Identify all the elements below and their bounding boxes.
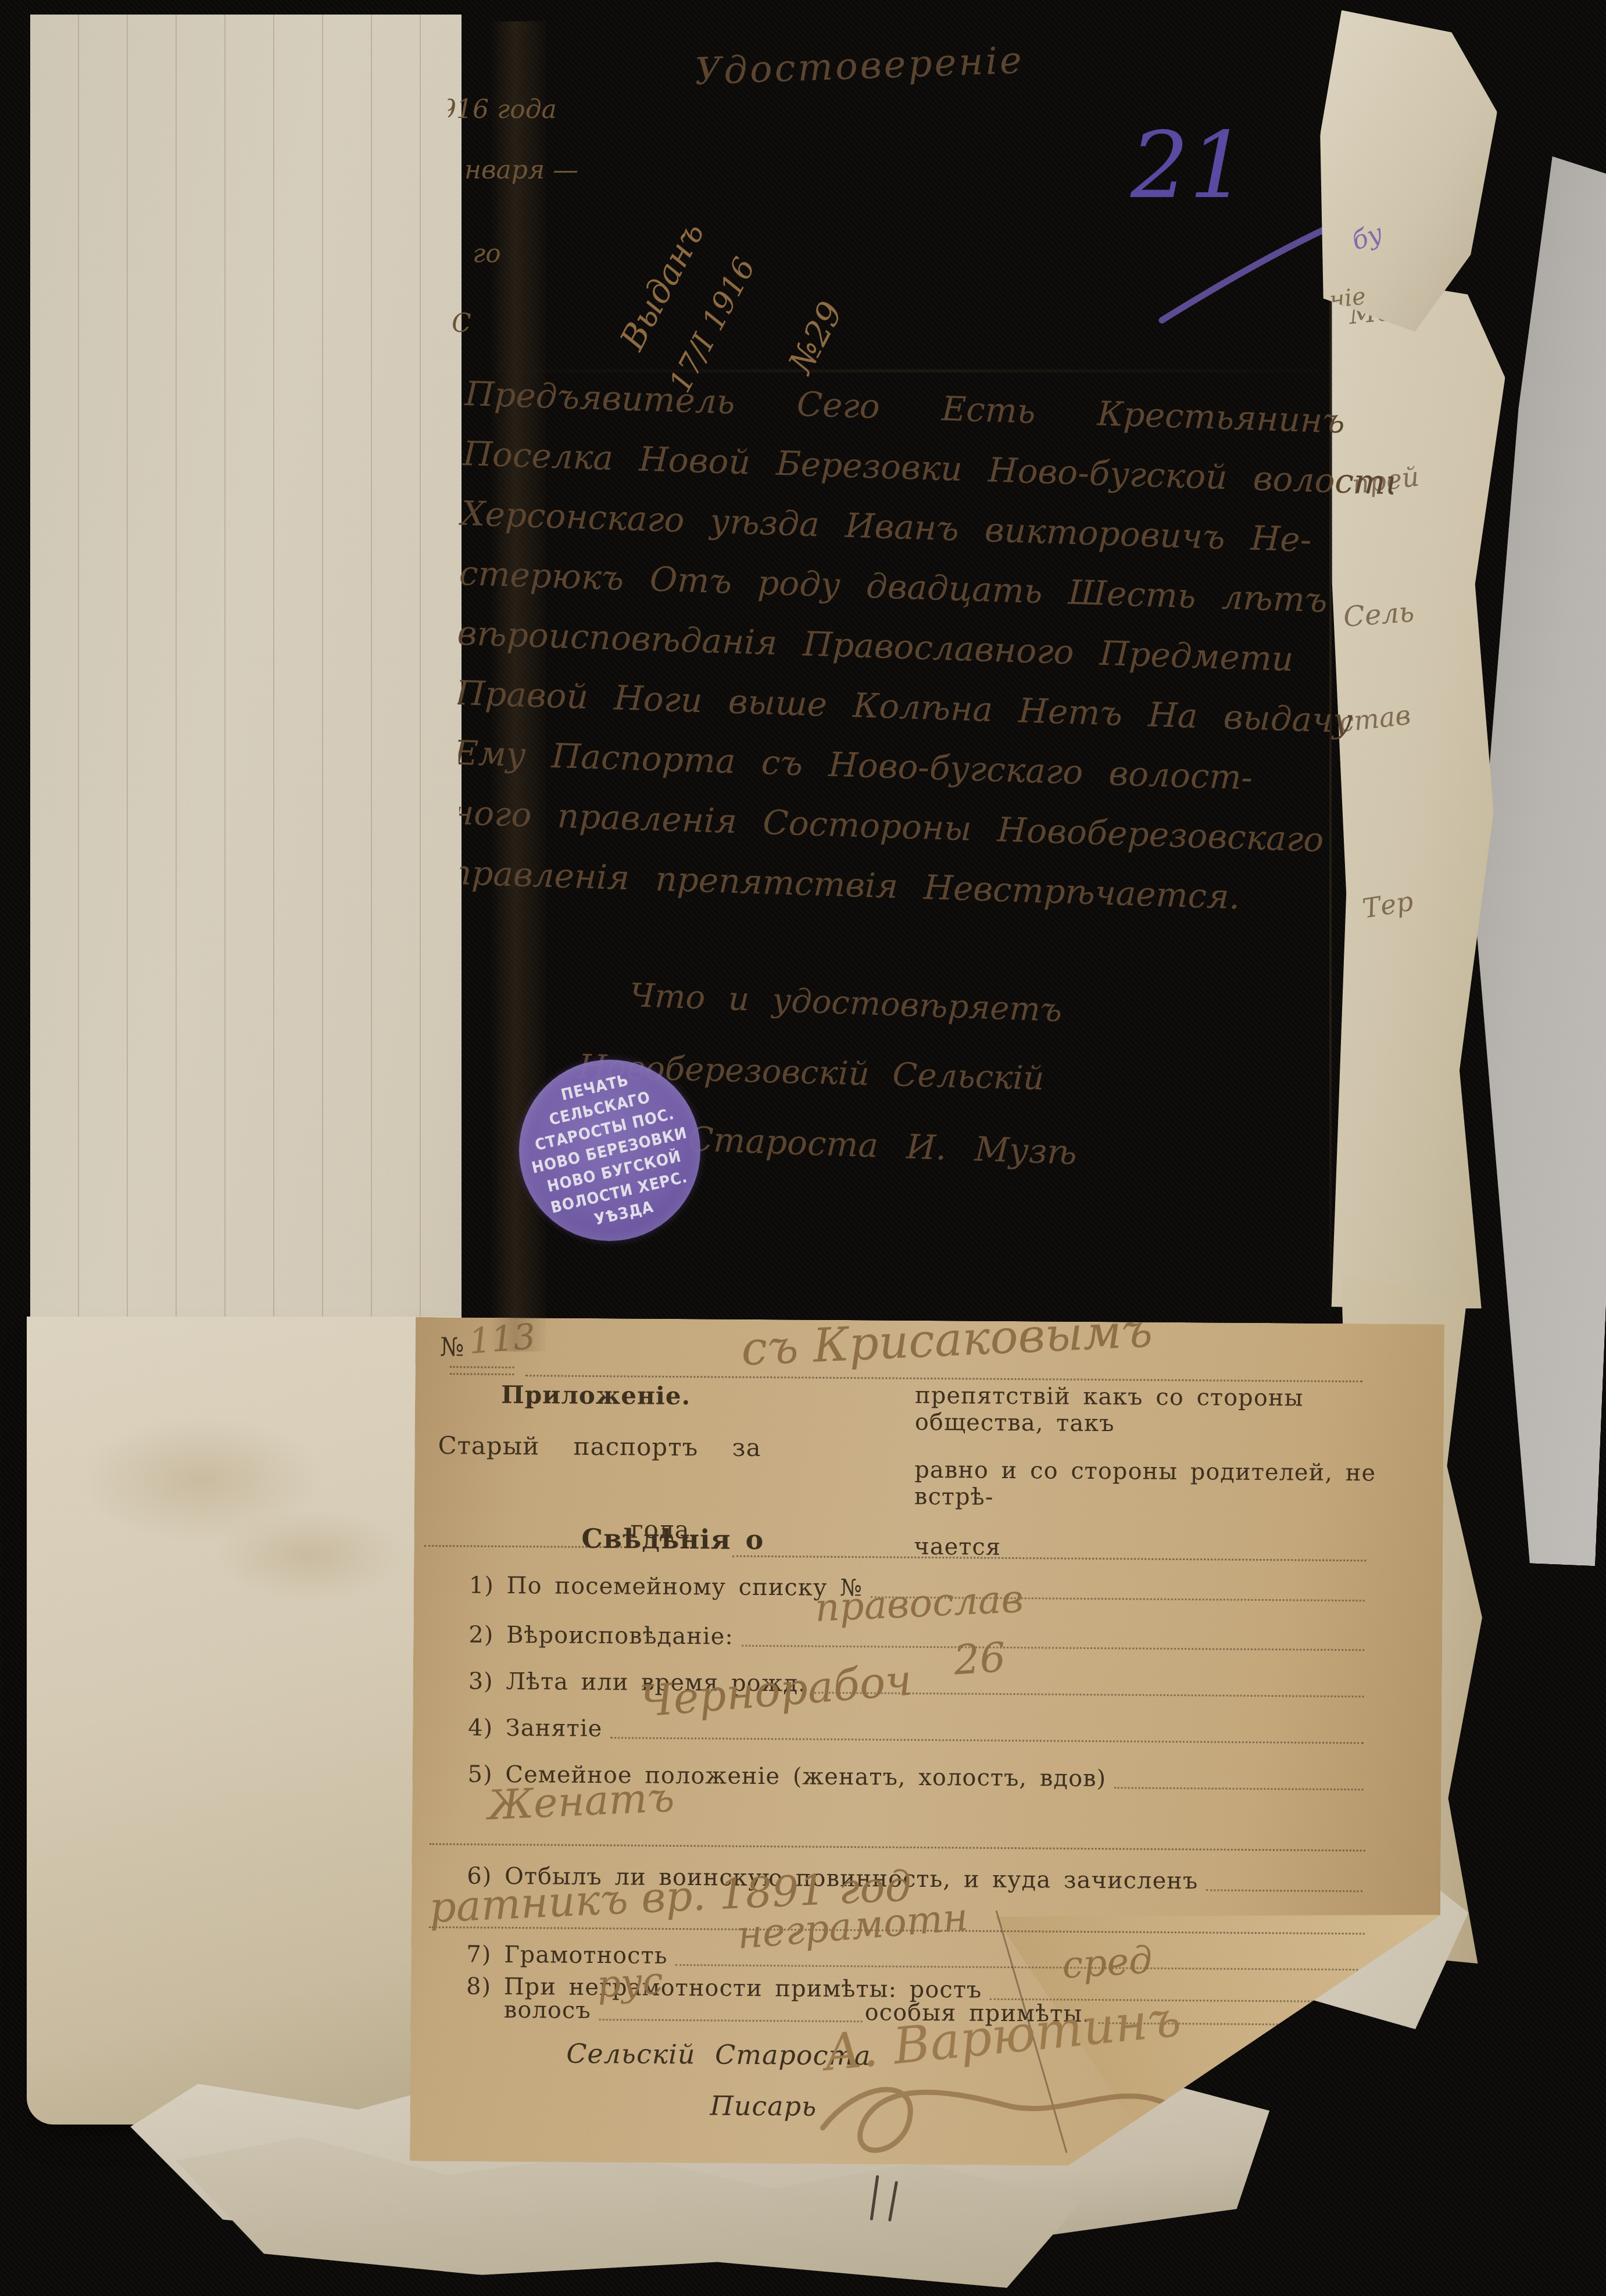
religion-handwriting: православ — [814, 1576, 1024, 1630]
item-label: Вѣроисповѣданіе: — [506, 1622, 734, 1650]
item-number: 2) — [468, 1621, 493, 1648]
dotted-fill — [1206, 1889, 1362, 1892]
consent-line-1: препятствій какъ со стороны общества, та… — [915, 1382, 1444, 1439]
archival-photo-scene: Мои прей Сель став Тер ини азо ли- № 113… — [0, 0, 1606, 2296]
item-label: Занятіе — [506, 1715, 603, 1742]
item-number: 1) — [469, 1572, 494, 1598]
closing-line-1: Что и удостовѣряетъ — [629, 977, 1063, 1029]
printed-passport-form: № 113 съ Крисаковымъ Приложеніе. Старый … — [410, 1317, 1444, 2168]
form-number-label: № — [440, 1332, 465, 1362]
underline — [450, 1373, 514, 1375]
hair-label: волосъ — [504, 1997, 591, 2024]
dotted-fill — [742, 1645, 1364, 1651]
height-handwriting: сред — [1061, 1939, 1154, 1987]
scrap-text-fragment: бу — [1348, 219, 1386, 256]
item-number: 7) — [466, 1941, 491, 1968]
form-item-4: 4) Занятіе — [468, 1714, 1366, 1747]
crumpled-scrap-top-right: бу ніе — [1304, 9, 1505, 337]
form-item-3: 3) Лѣта или время рожд. — [468, 1668, 1367, 1701]
margin-fragment: го — [473, 239, 501, 269]
ruled-line — [430, 1843, 1365, 1851]
paper-stain — [213, 1508, 405, 1601]
clerk-label: Писарь — [710, 2090, 817, 2122]
age-handwriting: 26 — [953, 1633, 1007, 1684]
hair-handwriting: рус — [596, 1959, 664, 2007]
dotted-fill — [1114, 1787, 1363, 1790]
closing-line-3-signature: Староста И. Музѣ — [687, 1119, 1078, 1172]
margin-fragment: С — [452, 309, 471, 338]
underline — [450, 1366, 514, 1368]
margin-fragment: 916 года — [440, 95, 557, 124]
item-number: 4) — [468, 1714, 493, 1741]
plain-cream-page — [27, 1317, 462, 2125]
old-passport-label: Старый паспортъ за — [438, 1431, 761, 1462]
issue-number: №29 — [781, 295, 850, 380]
ruled-line — [732, 1555, 1366, 1562]
marital-status-handwriting: Женатъ — [487, 1773, 675, 1829]
certificate-body: Предъявитель Сего Есть Крестьянинъ Посел… — [449, 374, 1378, 941]
certificate-title: Удостовереніе — [694, 39, 1025, 94]
dotted-fill — [610, 1737, 1364, 1744]
dotted-fill — [599, 2019, 863, 2022]
item-number: 8) — [466, 1973, 491, 2000]
item-number: 3) — [468, 1668, 493, 1694]
village-elder-seal: ПЕЧАТЬ СЕЛЬСКАГО СТАРОСТЫ ПОС. НОВО БЕРЕ… — [519, 1060, 700, 1241]
dotted-fill — [675, 1964, 1362, 1970]
form-item-2: 2) Вѣроисповѣданіе: — [468, 1621, 1367, 1654]
margin-fragment: нваря — — [464, 155, 578, 185]
consent-line-2: равно и со стороны родителей, не встрѣ- — [914, 1457, 1444, 1514]
appendix-label: Приложеніе. — [501, 1381, 691, 1410]
certificate-sheet: 916 года нваря — го С Удостовереніе Выда… — [439, 9, 1407, 1354]
item-label: По посемейному списку № — [506, 1572, 863, 1601]
details-label: Свѣдѣнія о — [581, 1523, 764, 1555]
horizontal-crease — [474, 369, 1357, 373]
